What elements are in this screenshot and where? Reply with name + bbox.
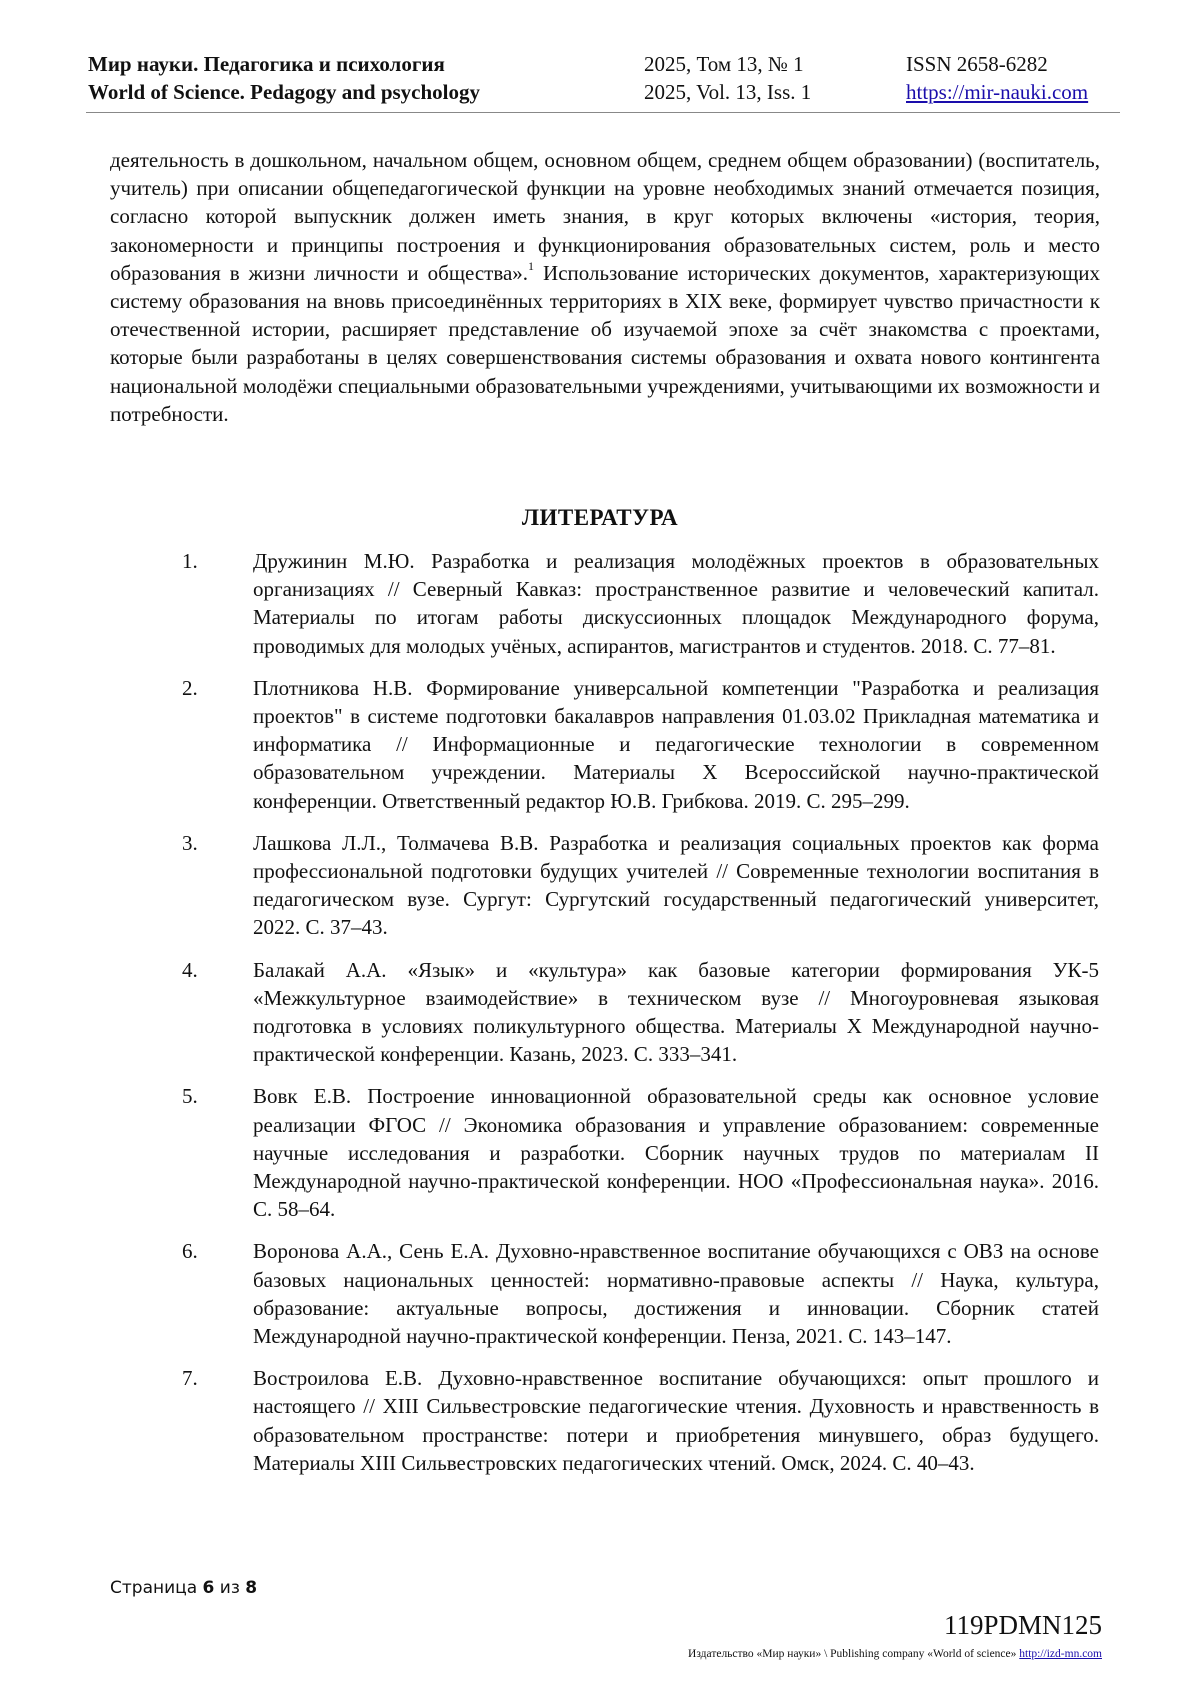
reference-number: 5. <box>182 1082 198 1110</box>
body-paragraph: деятельность в дошкольном, начальном общ… <box>110 146 1100 428</box>
reference-number: 7. <box>182 1364 198 1392</box>
reference-number: 1. <box>182 547 198 575</box>
reference-text: Вовк Е.В. Построение инновационной образ… <box>253 1082 1099 1223</box>
reference-item: 6. Воронова А.А., Сень Е.А. Духовно-нрав… <box>0 1237 1200 1350</box>
journal-title-ru: Мир науки. Педагогика и психология <box>88 50 480 78</box>
journal-title-en: World of Science. Pedagogy and psycholog… <box>88 78 480 106</box>
publisher-line: Издательство «Мир науки» \ Publishing co… <box>688 1648 1102 1660</box>
reference-item: 4. Балакай А.А. «Язык» и «культура» как … <box>0 956 1200 1069</box>
page-label: Страница <box>110 1578 197 1598</box>
publisher-link[interactable]: http://izd-mn.com <box>1019 1648 1102 1660</box>
journal-header: Мир науки. Педагогика и психология World… <box>86 50 1120 113</box>
issue-info: 2025, Том 13, № 1 2025, Vol. 13, Iss. 1 <box>644 50 811 106</box>
reference-text: Дружинин М.Ю. Разработка и реализация мо… <box>253 547 1099 660</box>
reference-number: 3. <box>182 829 198 857</box>
reference-item: 5. Вовк Е.В. Построение инновационной об… <box>0 1082 1200 1223</box>
issn: ISSN 2658-6282 <box>906 50 1088 78</box>
reference-number: 4. <box>182 956 198 984</box>
reference-text: Плотникова Н.В. Формирование универсальн… <box>253 674 1099 815</box>
references-list: 1. Дружинин М.Ю. Разработка и реализация… <box>0 547 1200 1491</box>
page-total: 8 <box>245 1578 257 1598</box>
page-of: из <box>220 1578 240 1598</box>
page-current: 6 <box>203 1578 215 1598</box>
reference-item: 1. Дружинин М.Ю. Разработка и реализация… <box>0 547 1200 660</box>
footnote-marker[interactable]: 1 <box>528 259 534 273</box>
references-title: ЛИТЕРАТУРА <box>0 505 1200 531</box>
publisher-text: Издательство «Мир науки» \ Publishing co… <box>688 1648 1016 1660</box>
reference-text: Востроилова Е.В. Духовно-нравственное во… <box>253 1364 1099 1477</box>
reference-text: Воронова А.А., Сень Е.А. Духовно-нравств… <box>253 1237 1099 1350</box>
document-code: 119PDMN125 <box>944 1610 1102 1641</box>
paragraph-part-2: Использование исторических документов, х… <box>110 261 1100 426</box>
journal-title: Мир науки. Педагогика и психология World… <box>88 50 480 106</box>
issue-ru: 2025, Том 13, № 1 <box>644 50 811 78</box>
reference-text: Лашкова Л.Л., Толмачева В.В. Разработка … <box>253 829 1099 942</box>
reference-item: 7. Востроилова Е.В. Духовно-нравственное… <box>0 1364 1200 1477</box>
website-link[interactable]: https://mir-nauki.com <box>906 80 1088 104</box>
reference-number: 2. <box>182 674 198 702</box>
reference-text: Балакай А.А. «Язык» и «культура» как баз… <box>253 956 1099 1069</box>
page-counter: Страница 6 из 8 <box>110 1578 257 1598</box>
reference-item: 2. Плотникова Н.В. Формирование универса… <box>0 674 1200 815</box>
issn-info: ISSN 2658-6282 https://mir-nauki.com <box>906 50 1088 106</box>
issue-en: 2025, Vol. 13, Iss. 1 <box>644 78 811 106</box>
reference-item: 3. Лашкова Л.Л., Толмачева В.В. Разработ… <box>0 829 1200 942</box>
reference-number: 6. <box>182 1237 198 1265</box>
